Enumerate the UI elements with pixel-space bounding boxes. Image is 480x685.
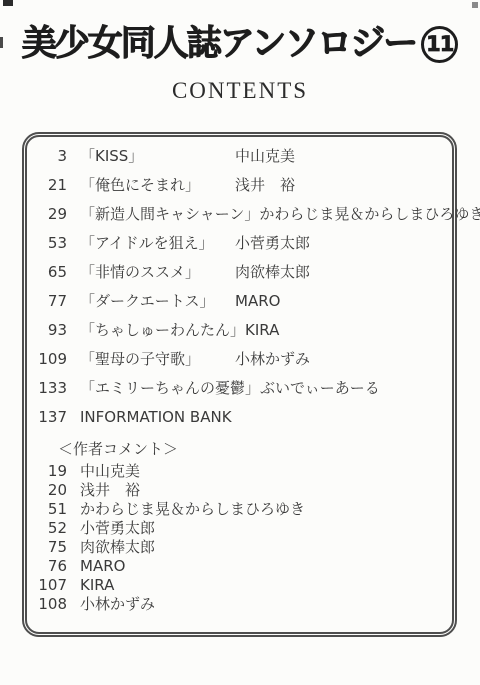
author-comments-heading: ＜作者コメント＞ [58, 439, 452, 459]
entry-title: INFORMATION BANK [80, 403, 235, 432]
entry-author: かわらじま晃＆からしまひろゆき [259, 200, 480, 229]
entry-page-number: 65 [27, 258, 67, 287]
entry-page-number: 137 [27, 403, 67, 432]
scan-artifact-top-right [472, 2, 478, 8]
entry-title: 「俺色にそまれ」 [80, 171, 235, 200]
entry-title: 「ダークエートス」 [80, 287, 235, 316]
comment-entry: 76 MARO [27, 557, 452, 576]
toc-entry: 93 「ちゃしゅーわんたん」 KIRA [27, 316, 452, 345]
contents-box: 3 「KISS」 中山克美 21 「俺色にそまれ」 浅井 裕 29 「新造人間キ… [22, 132, 457, 637]
entry-author: 小林かずみ [235, 345, 310, 374]
toc-entry: 77 「ダークエートス」 MARO [27, 287, 452, 316]
entry-page-number: 3 [27, 142, 67, 171]
comment-page-number: 19 [27, 462, 67, 481]
entry-author: 浅井 裕 [235, 171, 295, 200]
comment-page-number: 75 [27, 538, 67, 557]
comment-entry: 52 小菅勇太郎 [27, 519, 452, 538]
entry-page-number: 21 [27, 171, 67, 200]
comment-entry: 108 小林かずみ [27, 595, 452, 614]
comment-page-number: 108 [27, 595, 67, 614]
comment-author: 小林かずみ [80, 595, 155, 614]
toc-entry: 109 「聖母の子守歌」 小林かずみ [27, 345, 452, 374]
toc-entry: 3 「KISS」 中山克美 [27, 142, 452, 171]
entry-page-number: 133 [27, 374, 67, 403]
comment-author: 中山克美 [80, 462, 140, 481]
entry-page-number: 53 [27, 229, 67, 258]
entry-page-number: 77 [27, 287, 67, 316]
comment-page-number: 51 [27, 500, 67, 519]
comment-page-number: 20 [27, 481, 67, 500]
toc-entry: 29 「新造人間キャシャーン」 かわらじま晃＆からしまひろゆき [27, 200, 452, 229]
entry-author: 小菅勇太郎 [235, 229, 310, 258]
scan-artifact-left-edge [0, 37, 3, 48]
entry-title: 「ちゃしゅーわんたん」 [80, 316, 245, 345]
toc-entry: 53 「アイドルを狙え」 小菅勇太郎 [27, 229, 452, 258]
comment-author: 浅井 裕 [80, 481, 140, 500]
comment-entry: 75 肉欲棒太郎 [27, 538, 452, 557]
scan-artifact-top-left [3, 0, 13, 6]
toc-entry: 137 INFORMATION BANK [27, 403, 452, 432]
toc-entry: 133 「エミリーちゃんの憂鬱」 ぶいでぃーあーる [27, 374, 452, 403]
comment-entry: 107 KIRA [27, 576, 452, 595]
entry-page-number: 109 [27, 345, 67, 374]
comment-entry: 20 浅井 裕 [27, 481, 452, 500]
entry-author: 肉欲棒太郎 [235, 258, 310, 287]
entry-page-number: 93 [27, 316, 67, 345]
entry-title: 「エミリーちゃんの憂鬱」 [80, 374, 260, 403]
comment-author: MARO [80, 557, 125, 576]
comment-page-number: 76 [27, 557, 67, 576]
toc-entry: 21 「俺色にそまれ」 浅井 裕 [27, 171, 452, 200]
entry-page-number: 29 [27, 200, 67, 229]
page-title-text: 美少女同人誌アンソロジー [22, 26, 417, 63]
entry-title: 「聖母の子守歌」 [80, 345, 235, 374]
comment-author: KIRA [80, 576, 114, 595]
entry-title: 「KISS」 [80, 142, 235, 171]
comment-page-number: 107 [27, 576, 67, 595]
contents-heading: CONTENTS [0, 78, 480, 104]
comment-author: 小菅勇太郎 [80, 519, 155, 538]
toc-entry: 65 「非情のススメ」 肉欲棒太郎 [27, 258, 452, 287]
page-title: 美少女同人誌アンソロジー 11 [0, 0, 480, 63]
entry-author: MARO [235, 287, 280, 316]
comment-entry: 51 かわらじま晃＆からしまひろゆき [27, 500, 452, 519]
entry-author: ぶいでぃーあーる [260, 374, 380, 403]
comment-author: 肉欲棒太郎 [80, 538, 155, 557]
entry-author: 中山克美 [235, 142, 295, 171]
entry-author: KIRA [245, 316, 279, 345]
comment-author: かわらじま晃＆からしまひろゆき [80, 500, 305, 519]
comment-page-number: 52 [27, 519, 67, 538]
comment-entry: 19 中山克美 [27, 462, 452, 481]
volume-number-badge: 11 [421, 26, 458, 63]
entry-title: 「非情のススメ」 [80, 258, 235, 287]
entry-title: 「新造人間キャシャーン」 [80, 200, 259, 229]
entry-title: 「アイドルを狙え」 [80, 229, 235, 258]
